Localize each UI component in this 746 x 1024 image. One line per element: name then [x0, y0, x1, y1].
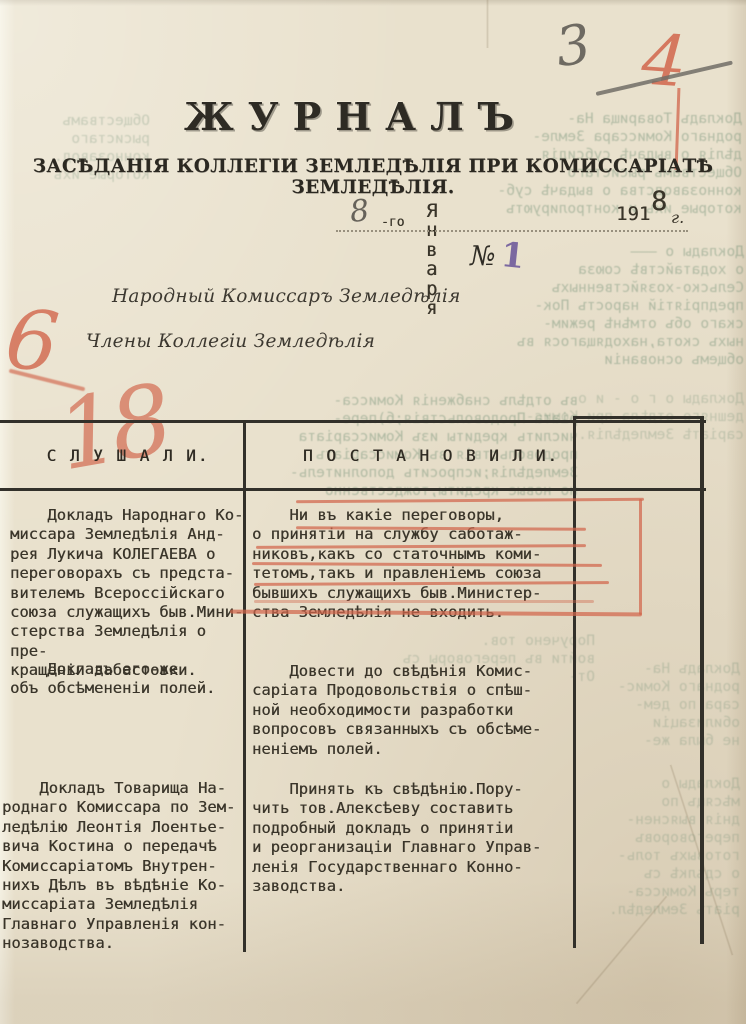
column-header-resolved: П О С Т А Н О В И Л И. [300, 446, 562, 465]
table-rule-top [0, 420, 706, 423]
bleedthrough-right-bottom: Доклады о мѣсяцъ по днія выяснен- перего… [580, 775, 740, 919]
members-line: Члены Коллегіи Земледѣлія [86, 331, 375, 352]
red-page-number: 4 [639, 19, 689, 104]
row1-heard: Докладъ Народнаго Ко- миссара Земледѣлія… [10, 506, 248, 681]
table-rule-header-bottom [0, 488, 706, 491]
column-header-heard: С Л У Ш А Л И. [28, 446, 228, 465]
doc-number-value: 1 [499, 235, 527, 277]
document-subtitle: ЗАСѢДАНІЯ КОЛЛЕГІИ ЗЕМЛЕДѢЛІЯ ПРИ КОМИСС… [0, 156, 746, 198]
row2-heard: Докладъ его-же объ обсѣмененіи полей. [10, 660, 248, 699]
margin-mark-18: 18 [49, 364, 173, 493]
table-rule-top-right [573, 416, 704, 419]
paper-crease [486, 0, 489, 48]
dateline-dotted-rule [336, 210, 688, 232]
row3-resolved: Принять къ свѣдѣнію.Пору- чить тов.Алекс… [252, 780, 582, 896]
red-bracket-vertical [639, 499, 642, 615]
row2-resolved: Довести до свѣдѣнія Комис- саріата Продо… [252, 662, 582, 759]
scanned-document-page: Обществамъ рысистаго коннозавод. которые… [0, 0, 746, 1024]
dateline-year-digit: 8 [651, 192, 667, 211]
row3-heard: Докладъ Товарища На- роднаго Комиссара п… [2, 779, 246, 954]
red-underline [254, 600, 594, 603]
bleedthrough-right-lower: Докладъ На- роднаго Комис- сара по дем- … [580, 660, 740, 750]
doc-number-label: № [470, 241, 496, 272]
pencil-page-number: 3 [552, 12, 595, 79]
commissar-line: Народный Комиссаръ Земледѣлія [112, 286, 461, 307]
table-border-right [700, 416, 704, 944]
document-title: ЖУРНАЛЪ [0, 94, 712, 139]
